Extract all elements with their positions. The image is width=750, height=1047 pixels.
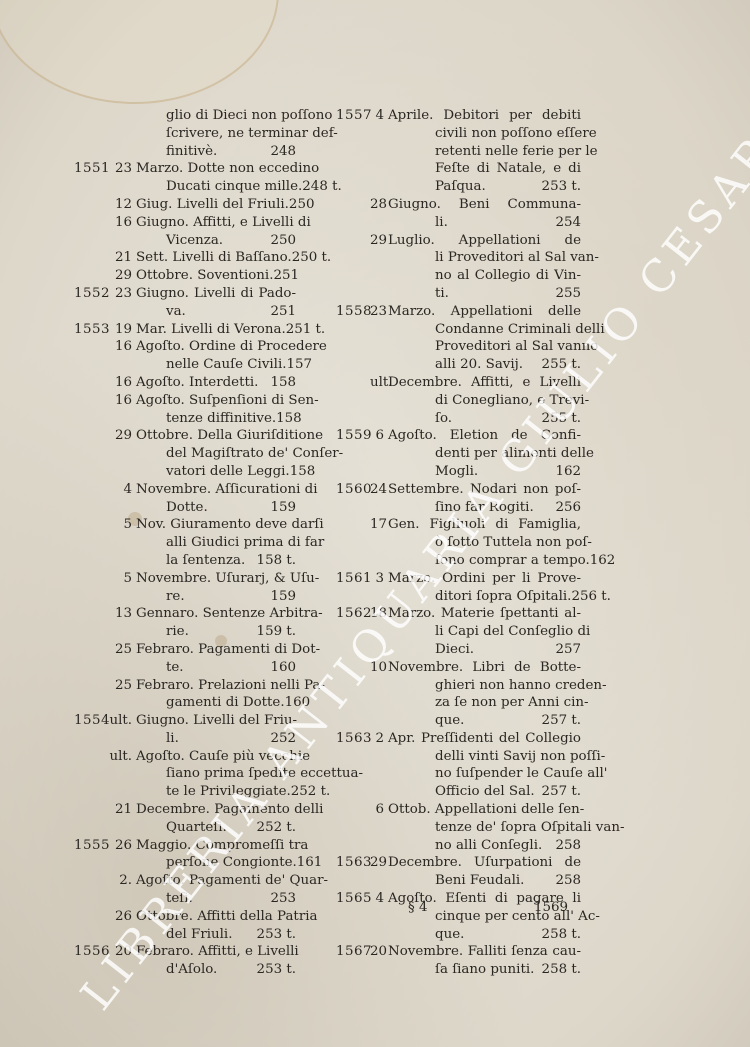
entry-day: 10 (370, 659, 384, 677)
entry-text-line: Marzo. Materie ſpettanti al- (388, 605, 581, 623)
entry-text-line: Giug. Livelli del Friuli.250 (136, 196, 296, 214)
entry-day: 25 (108, 641, 132, 659)
catchword: 1569 (534, 900, 568, 915)
index-entry: 15574Aprile. Debitori per debiticivili n… (336, 107, 581, 196)
page-reference: 251 t. (286, 321, 325, 339)
page-reference: 253 t. (257, 926, 296, 944)
entry-text-line: Giugno. Affitti, e Livelli di (136, 214, 296, 232)
entry-text-line: Ottobre. Della Giuriſditione (136, 427, 296, 445)
entry-day: 5 (108, 516, 132, 534)
index-entry: 156720Novembre. Falliti ſenza cau-ſa ſia… (336, 943, 581, 979)
entry-day: 5 (108, 570, 132, 588)
entry-day: 29 (108, 267, 132, 285)
entry-text-line: no al Collegio di Vin- (388, 267, 581, 285)
entry-day: 29 (370, 232, 384, 250)
page-reference: 159 t. (257, 623, 296, 641)
index-entry: 156329Decembre. Uſurpationi deBeni Feuda… (336, 854, 581, 890)
entry-text-line: te le Privileggiate.252 t. (136, 783, 296, 801)
entry-text-line: Febraro. Affitti, e Livelli (136, 943, 296, 961)
page-reference: 160 (285, 694, 311, 712)
index-column-left: glio di Dieci non poſſonoſcrivere, ne te… (74, 107, 296, 979)
entry-text-line: va.251 (136, 303, 296, 321)
entry-text-line: Novembre. Falliti ſenza cau- (388, 943, 581, 961)
page-reference: 252 (270, 730, 296, 748)
entry-text-line: ghieri non hanno creden- (388, 677, 581, 695)
entry-day: ult. (108, 712, 132, 730)
entry-text-line: ſa ſiano puniti.258 t. (388, 961, 581, 979)
page-reference: 255 t. (542, 356, 581, 374)
index-entry: 15654Agoſto. Eſenti di pagare licinque p… (336, 890, 581, 943)
index-entry: 25Febraro. Prelazioni nelli Pa-gamenti d… (74, 677, 296, 713)
entry-text-line: vatori delle Leggi.158 (136, 463, 296, 481)
index-column-right: 15574Aprile. Debitori per debiticivili n… (336, 107, 581, 979)
entry-year: 1557 (336, 107, 370, 125)
entry-day: ult. (370, 374, 384, 392)
entry-text-line: Ducati cinque mille.248 t. (136, 178, 296, 196)
entry-year: 1563 (336, 854, 370, 872)
index-entry: 29Ottobre. Della Giuriſditionedel Magiſt… (74, 427, 296, 480)
index-entry: 5Nov. Giuramento deve darſialli Giudici … (74, 516, 296, 569)
page-reference: 256 t. (571, 588, 610, 606)
entry-year: 1559 (336, 427, 370, 445)
entry-text-line: di Conegliano, e Trevi- (388, 392, 581, 410)
entry-text-line: Novembre. Aſſicurationi di (136, 481, 296, 499)
entry-text-line: del Magiſtrato de' Conſer- (136, 445, 296, 463)
entry-text-line: ò ſotto Tuttela non poſ- (388, 534, 581, 552)
page-reference: 158 (276, 410, 302, 428)
scanned-book-page: glio di Dieci non poſſonoſcrivere, ne te… (0, 0, 750, 1047)
entry-text-line: Gen. Figliuoli di Famiglia, (388, 516, 581, 534)
page-reference: 252 t. (291, 783, 330, 801)
entry-text-line: Giugno. Livelli di Pado- (136, 285, 296, 303)
index-entry: 29Luglio. Appellationi deli Proveditori … (336, 232, 581, 303)
signature-mark: § 4 (408, 900, 427, 915)
entry-text-line: Settembre. Nodari non poſ- (388, 481, 581, 499)
page-reference: 256 (555, 499, 581, 517)
page-reference: 159 (270, 588, 296, 606)
entry-text-line: retenti nelle ferie per le (388, 143, 581, 161)
page-reference: 159 (270, 499, 296, 517)
entry-text-line: delli vinti Savij non poſſi- (388, 748, 581, 766)
index-entry: 21Sett. Livelli di Baſſano.250 t. (74, 249, 296, 267)
entry-text-line: za ſe non per Anni cin- (388, 694, 581, 712)
entry-text-line: Agoſto. Ordine di Procedere (136, 338, 296, 356)
entry-text-line: ſino far Rogiti.256 (388, 499, 581, 517)
index-entry: 25Febraro. Pagamenti di Dot-te.160 (74, 641, 296, 677)
index-entry: 16Giugno. Affitti, e Livelli diVicenza.2… (74, 214, 296, 250)
index-entry: 5Novembre. Uſurarj, & Uſu-re.159 (74, 570, 296, 606)
index-entry: ult.Decembre. Affitti, e Livellidi Coneg… (336, 374, 581, 427)
entry-day: 21 (108, 249, 132, 267)
index-entry: 6Ottob. Appellationi delle ſen-tenze de'… (336, 801, 581, 854)
water-stain (0, 0, 279, 104)
entry-day: ult. (108, 748, 132, 766)
entry-year: 1551 (74, 160, 108, 178)
entry-year: 1567 (336, 943, 370, 961)
entry-text-line: Proveditori al Sal vanno (388, 338, 581, 356)
entry-text-line: Giugno. Livelli del Friu- (136, 712, 296, 730)
page-reference: 250 t. (292, 249, 331, 267)
entry-text-line: Apr. Preſſidenti del Collegio (388, 730, 581, 748)
page-reference: 253 t. (542, 178, 581, 196)
page-reference: 251 (270, 303, 296, 321)
entry-day: 16 (108, 214, 132, 232)
entry-text-line: te.160 (136, 659, 296, 677)
entry-text-line: Officio del Sal.257 t. (388, 783, 581, 801)
page-reference: 158 t. (257, 552, 296, 570)
page-reference: 257 t. (542, 712, 581, 730)
entry-text-line: tenze diffinitive.158 (136, 410, 296, 428)
entry-day: 23 (370, 303, 384, 321)
index-entry: 155123Marzo. Dotte non eccedinoDucati ci… (74, 160, 296, 196)
entry-text-line: Decembre. Affitti, e Livelli (388, 374, 581, 392)
entry-text-line: Vicenza.250 (136, 232, 296, 250)
page-reference: 161 (297, 854, 323, 872)
entry-text-line: Mar. Livelli di Verona.251 t. (136, 321, 296, 339)
entry-day: 26 (108, 837, 132, 855)
entry-text-line: Febraro. Prelazioni nelli Pa- (136, 677, 296, 695)
entry-text-line: Marzo. Ordini per li Prove- (388, 570, 581, 588)
entry-year: 1555 (74, 837, 108, 855)
page-reference: 255 t. (542, 410, 581, 428)
entry-day: 12 (108, 196, 132, 214)
entry-day: 13 (108, 605, 132, 623)
entry-text-line: Agoſto. Eletion de Confi- (388, 427, 581, 445)
entry-text-line: denti per alimenti delle (388, 445, 581, 463)
entry-text-line: Giugno. Beni Communa- (388, 196, 581, 214)
index-entry: 16Agoſto. Suſpenſioni di Sen-tenze diffi… (74, 392, 296, 428)
index-entry: 26Ottobre. Affitti della Patriadel Friul… (74, 908, 296, 944)
index-entry: 155620Febraro. Affitti, e Livellid'Aſolo… (74, 943, 296, 979)
entry-day: 16 (108, 338, 132, 356)
entry-text-line: Agoſto. Pagamenti de' Quar- (136, 872, 296, 890)
entry-text-line: Ottobre. Affitti della Patria (136, 908, 296, 926)
entry-day: 16 (108, 374, 132, 392)
index-entry: 156024Settembre. Nodari non poſ-ſino far… (336, 481, 581, 517)
entry-text-line: Quarteſi.252 t. (136, 819, 296, 837)
entry-text-line: Sett. Livelli di Baſſano.250 t. (136, 249, 296, 267)
entry-year: 1560 (336, 481, 370, 499)
entry-text-line: Novembre. Libri de Botte- (388, 659, 581, 677)
entry-day: 6 (370, 427, 384, 445)
entry-text-line: Gennaro. Sentenze Arbitra- (136, 605, 296, 623)
entry-text-line: li Capi del Conſeglio di (388, 623, 581, 641)
entry-year: 1552 (74, 285, 108, 303)
entry-text-line: Marzo. Dotte non eccedino (136, 160, 296, 178)
entry-text-line: Beni Feudali.258 (388, 872, 581, 890)
page-reference: 257 (555, 641, 581, 659)
page-reference: 162 (590, 552, 616, 570)
index-entry: 13Gennaro. Sentenze Arbitra-rie.159 t. (74, 605, 296, 641)
entry-text-line: glio di Dieci non poſſono (136, 107, 296, 125)
entry-text-line: Nov. Giuramento deve darſi (136, 516, 296, 534)
entry-text-line: perſone Congionte.161 (136, 854, 296, 872)
entry-text-line: alli Giudici prima di far (136, 534, 296, 552)
index-entry: 15632Apr. Preſſidenti del Collegiodelli … (336, 730, 581, 801)
index-entry: ult.Agoſto. Cauſe più vecchieſiano prima… (74, 748, 296, 801)
entry-text-line: Maggio. Compromeſſi tra (136, 837, 296, 855)
entry-day: 3 (370, 570, 384, 588)
page-reference: 258 t. (542, 961, 581, 979)
entry-text-line: Aprile. Debitori per debiti (388, 107, 581, 125)
entry-day: 4 (370, 107, 384, 125)
entry-text-line: tenze de' ſopra Oſpitali van- (388, 819, 581, 837)
page-reference: 248 (270, 143, 296, 161)
entry-text-line: civili non poſſono eſſere (388, 125, 581, 143)
entry-text-line: li Proveditori al Sal van- (388, 249, 581, 267)
page-reference: 251 (273, 267, 299, 285)
entry-text-line: Agoſto. Interdetti.158 (136, 374, 296, 392)
entry-day: 16 (108, 392, 132, 410)
entry-year: 1563 (336, 730, 370, 748)
entry-day: 17 (370, 516, 384, 534)
entry-text-line: Dotte.159 (136, 499, 296, 517)
page-reference: 160 (270, 659, 296, 677)
entry-text-line: Condanne Criminali delli (388, 321, 581, 339)
entry-text-line: Mogli.162 (388, 463, 581, 481)
index-entry: 155223Giugno. Livelli di Pado-va.251 (74, 285, 296, 321)
entry-text-line: ſiano prima ſpedite eccettua- (136, 765, 296, 783)
page-reference: 258 (555, 837, 581, 855)
entry-text-line: Decembre. Uſurpationi de (388, 854, 581, 872)
entry-text-line: ſo.255 t. (388, 410, 581, 428)
entry-day: 19 (108, 321, 132, 339)
entry-year: 1562 (336, 605, 370, 623)
entry-text-line: Dieci.257 (388, 641, 581, 659)
index-entry: 155319Mar. Livelli di Verona.251 t. (74, 321, 296, 339)
index-entry: 21Decembre. Pagamento delliQuarteſi.252 … (74, 801, 296, 837)
page-reference: 258 (555, 872, 581, 890)
entry-text-line: Decembre. Pagamento delli (136, 801, 296, 819)
page-reference: 158 (290, 463, 316, 481)
index-entry: glio di Dieci non poſſonoſcrivere, ne te… (74, 107, 296, 160)
entry-day: 4 (370, 890, 384, 908)
entry-text-line: no alli Conſegli.258 (388, 837, 581, 855)
entry-year: 1558 (336, 303, 370, 321)
index-entry: 15613Marzo. Ordini per li Prove-ditori ſ… (336, 570, 581, 606)
entry-text-line: ti.255 (388, 285, 581, 303)
entry-text-line: re.159 (136, 588, 296, 606)
page-reference: 257 t. (542, 783, 581, 801)
index-entry: 17Gen. Figliuoli di Famiglia,ò ſotto Tut… (336, 516, 581, 569)
entry-text-line: Novembre. Uſurarj, & Uſu- (136, 570, 296, 588)
entry-day: 23 (108, 285, 132, 303)
entry-day: 29 (108, 427, 132, 445)
index-entry: 29Ottobre. Soventioni.251 (74, 267, 296, 285)
entry-text-line: Paſqua.253 t. (388, 178, 581, 196)
entry-text-line: ditori ſopra Oſpitali.256 t. (388, 588, 581, 606)
entry-day: 4 (108, 481, 132, 499)
page-reference: 250 (270, 232, 296, 250)
entry-day: 25 (108, 677, 132, 695)
entry-day: 26 (108, 908, 132, 926)
entry-text-line: Marzo. Appellationi delle (388, 303, 581, 321)
page-footer: § 4 1569 (408, 900, 568, 915)
entry-day: 23 (108, 160, 132, 178)
index-entry: 1554ult.Giugno. Livelli del Friu-li.252 (74, 712, 296, 748)
entry-text-line: Febraro. Pagamenti di Dot- (136, 641, 296, 659)
index-entry: 10Novembre. Libri de Botte-ghieri non ha… (336, 659, 581, 730)
entry-text-line: d'Aſolo.253 t. (136, 961, 296, 979)
entry-text-line: ſcrivere, ne terminar def- (136, 125, 296, 143)
entry-day: 28 (370, 196, 384, 214)
entry-day: 2 (370, 730, 384, 748)
entry-text-line: Luglio. Appellationi de (388, 232, 581, 250)
entry-text-line: Ottob. Appellationi delle ſen- (388, 801, 581, 819)
index-entry: 16Agoſto. Ordine di Procederenelle Cauſe… (74, 338, 296, 374)
index-entry: 156218Marzo. Materie ſpettanti al-li Cap… (336, 605, 581, 658)
entry-year: 1556 (74, 943, 108, 961)
page-reference: 162 (555, 463, 581, 481)
index-entry: 4Novembre. Aſſicurationi diDotte.159 (74, 481, 296, 517)
page-reference: 253 (270, 890, 296, 908)
entry-text-line: li.252 (136, 730, 296, 748)
entry-year: 1554 (74, 712, 108, 730)
entry-year: 1565 (336, 890, 370, 908)
entry-text-line: que.257 t. (388, 712, 581, 730)
index-entry: 155823Marzo. Appellationi delleCondanne … (336, 303, 581, 374)
index-entry: 155526Maggio. Compromeſſi traperſone Con… (74, 837, 296, 873)
entry-day: 2. (108, 872, 132, 890)
entry-text-line: Agoſto. Suſpenſioni di Sen- (136, 392, 296, 410)
entry-text-line: rie.159 t. (136, 623, 296, 641)
entry-text-line: no ſuſpender le Cauſe all' (388, 765, 581, 783)
entry-year: 1561 (336, 570, 370, 588)
entry-text-line: nelle Cauſe Civili.157 (136, 356, 296, 374)
index-entry: 12Giug. Livelli del Friuli.250 (74, 196, 296, 214)
index-entry: 15596Agoſto. Eletion de Confi-denti per … (336, 427, 581, 480)
page-reference: 258 t. (542, 926, 581, 944)
page-reference: 254 (555, 214, 581, 232)
page-reference: 252 t. (257, 819, 296, 837)
entry-text-line: Feſte di Natale, e di (388, 160, 581, 178)
entry-text-line: Agoſto. Cauſe più vecchie (136, 748, 296, 766)
page-reference: 158 (270, 374, 296, 392)
entry-day: 21 (108, 801, 132, 819)
page-reference: 157 (286, 356, 312, 374)
entry-text-line: Ottobre. Soventioni.251 (136, 267, 296, 285)
entry-day: 29 (370, 854, 384, 872)
entry-text-line: que.258 t. (388, 926, 581, 944)
entry-day: 6 (370, 801, 384, 819)
entry-text-line: finitivè.248 (136, 143, 296, 161)
entry-text-line: li.254 (388, 214, 581, 232)
entry-text-line: teſi.253 (136, 890, 296, 908)
index-entry: 16Agoſto. Interdetti.158 (74, 374, 296, 392)
page-reference: 250 (289, 196, 315, 214)
index-entry: 28Giugno. Beni Communa-li.254 (336, 196, 581, 232)
entry-text-line: gamenti di Dotte.160 (136, 694, 296, 712)
entry-day: 24 (370, 481, 384, 499)
entry-day: 18 (370, 605, 384, 623)
index-entry: 2.Agoſto. Pagamenti de' Quar-teſi.253 (74, 872, 296, 908)
entry-text-line: ſono comprar a tempo.162 (388, 552, 581, 570)
entry-day: 20 (108, 943, 132, 961)
entry-day: 20 (370, 943, 384, 961)
entry-text-line: alli 20. Savij.255 t. (388, 356, 581, 374)
entry-text-line: la ſentenza.158 t. (136, 552, 296, 570)
entry-year: 1553 (74, 321, 108, 339)
entry-text-line: del Friuli.253 t. (136, 926, 296, 944)
page-reference: 255 (555, 285, 581, 303)
page-reference: 253 t. (257, 961, 296, 979)
